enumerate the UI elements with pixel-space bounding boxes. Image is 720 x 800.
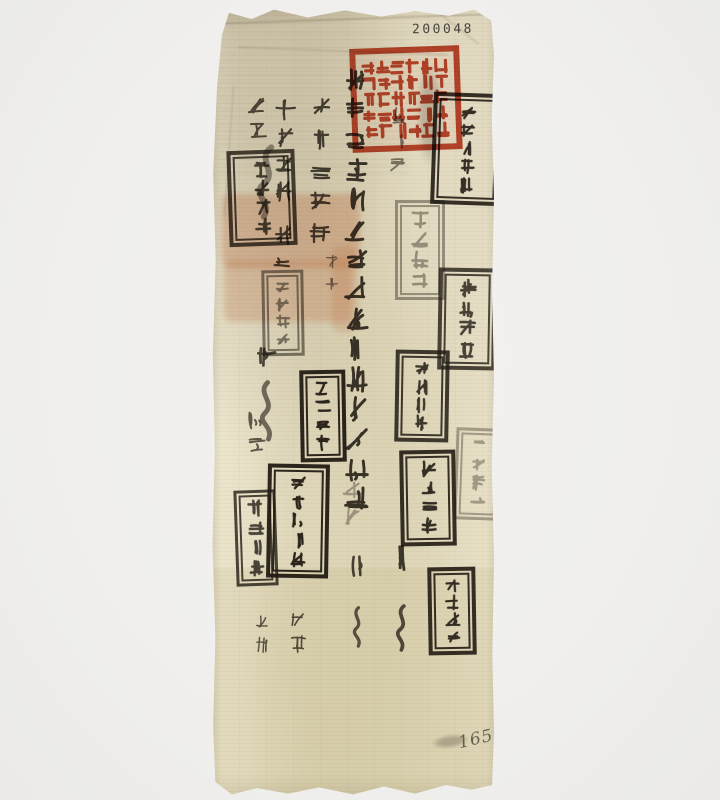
- paper-edge-shading: [212, 8, 494, 796]
- photo-background: 200048 1651: [0, 0, 720, 800]
- document-paper: 200048 1651: [212, 8, 494, 796]
